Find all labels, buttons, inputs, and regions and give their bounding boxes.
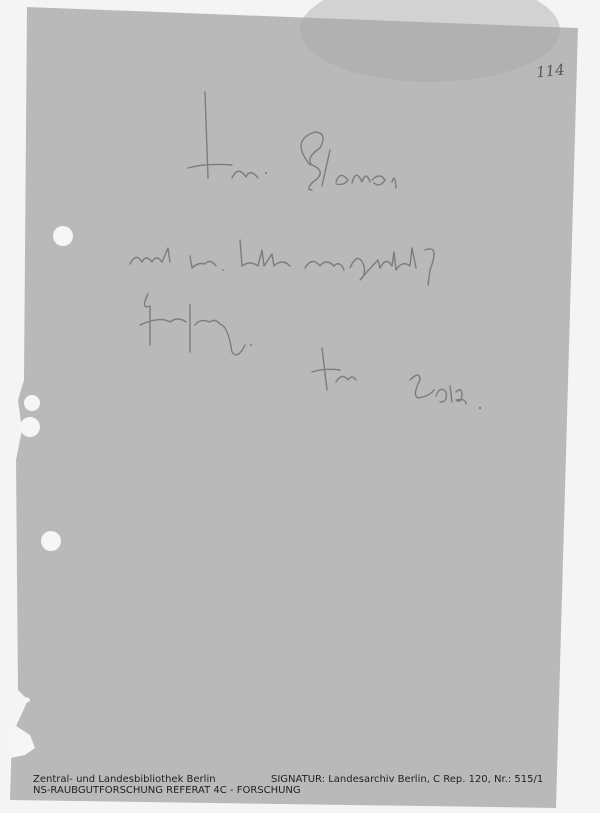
archive-footer: Zentral- und Landesbibliothek Berlin SIG…: [33, 774, 543, 796]
folio-number: 114: [535, 61, 565, 82]
signatur-text: SIGNATUR: Landesarchiv Berlin, C Rep. 12…: [271, 774, 543, 785]
project-name: NS-RAUBGUTFORSCHUNG REFERAT 4C - FORSCHU…: [33, 785, 543, 796]
punch-hole: [53, 226, 73, 246]
scanned-page: 114 Zentral- und Landesbibliothek Berlin…: [0, 0, 600, 813]
library-name: Zentral- und Landesbibliothek Berlin: [33, 774, 271, 785]
paper-sheet: [0, 0, 600, 813]
